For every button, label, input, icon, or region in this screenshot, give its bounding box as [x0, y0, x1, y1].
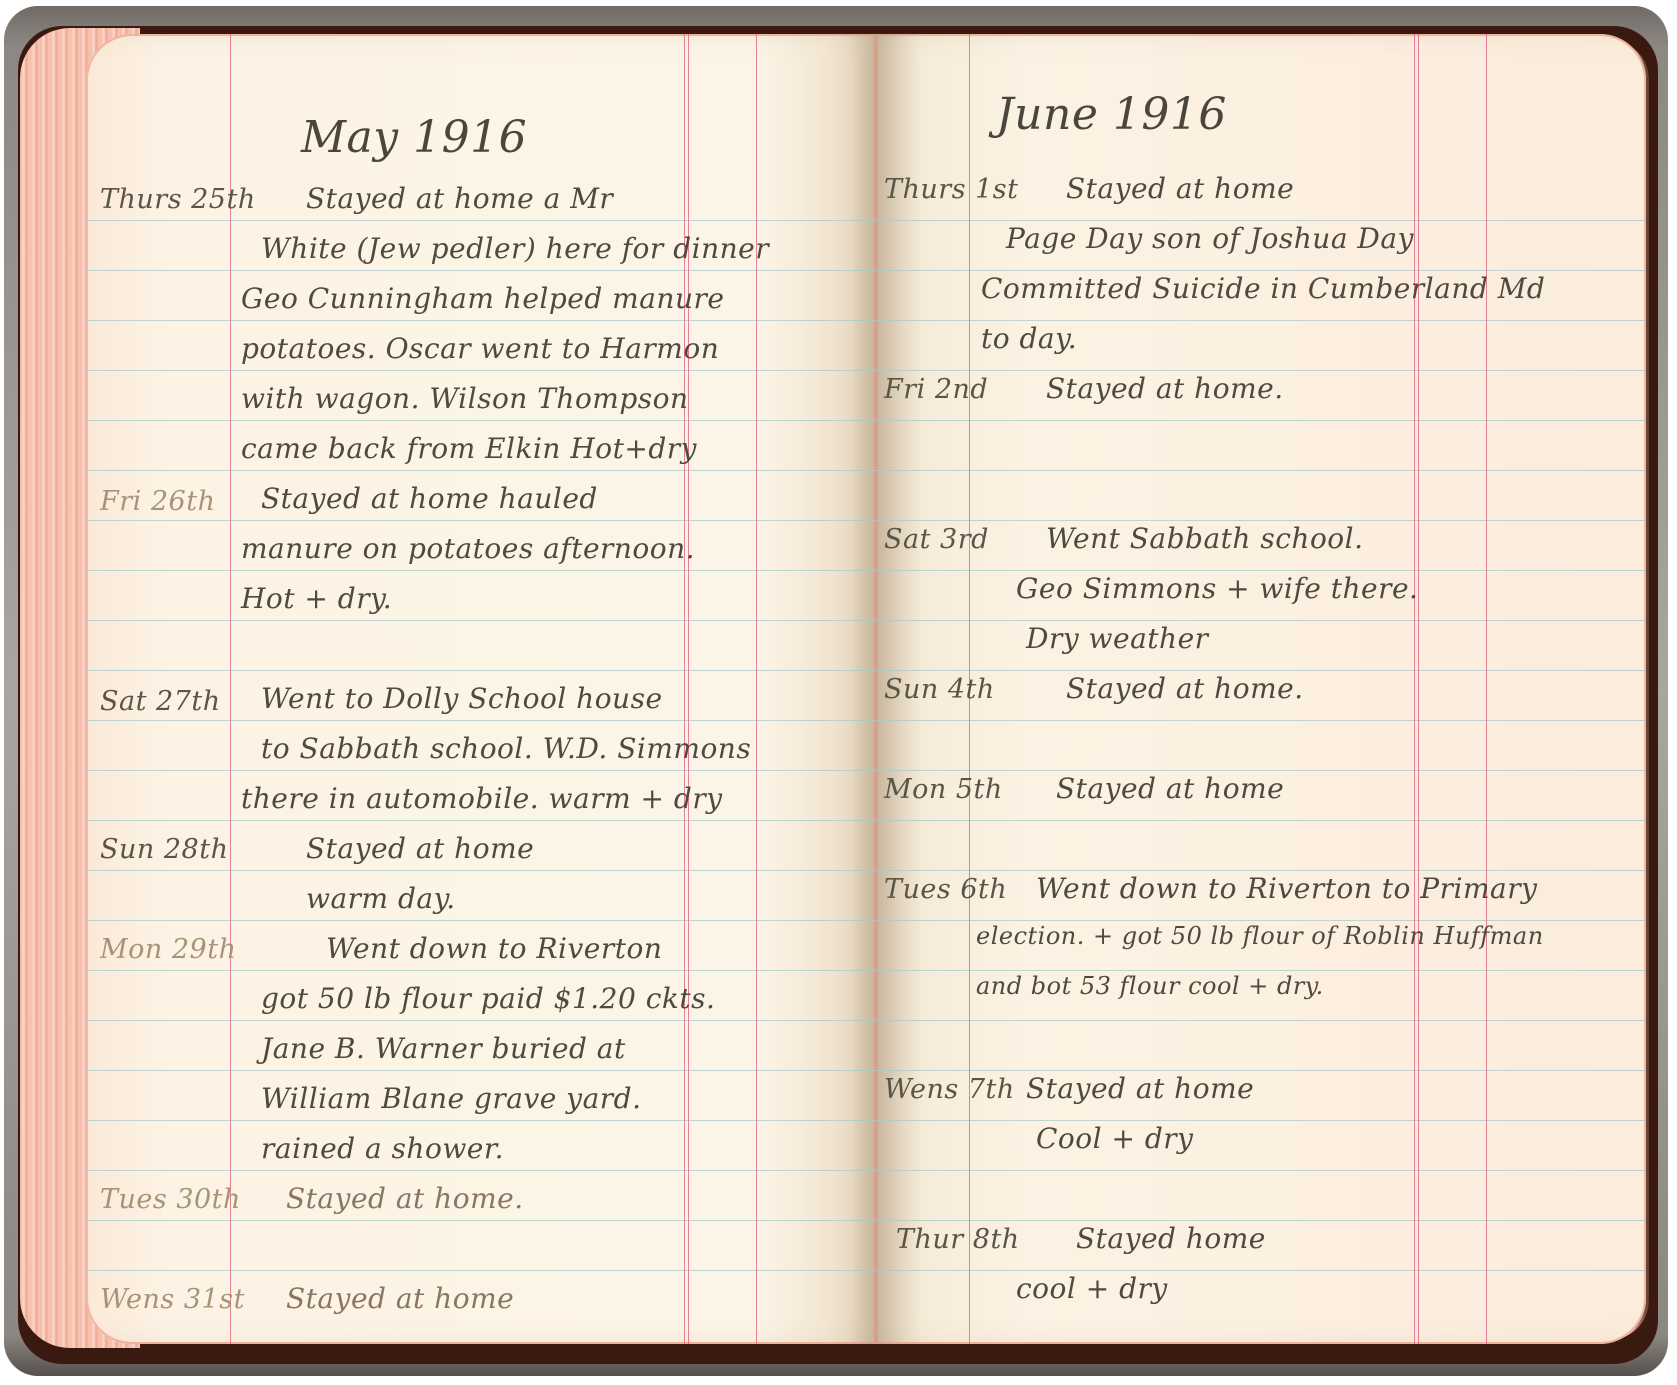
ruled-line [86, 570, 876, 571]
entry-line: came back from Elkin Hot+dry [241, 432, 697, 465]
entry-line: Stayed at home [306, 832, 534, 865]
entry-date: Sat 3rd [884, 524, 989, 555]
entry-line: Geo Cunningham helped manure [241, 282, 724, 315]
margin-rule [230, 34, 231, 1344]
left-page: May 1916 Thurs 25th Stayed at home a Mr … [86, 34, 876, 1344]
ruled-line [86, 670, 876, 671]
ruled-line [86, 1270, 876, 1271]
entry-line: Went down to Riverton [326, 932, 662, 965]
ruled-line [876, 870, 1646, 871]
ruled-line [876, 420, 1646, 421]
entry-date: Wens 7th [884, 1074, 1015, 1105]
entry-line: William Blane grave yard. [261, 1082, 642, 1115]
entry-line: Geo Simmons + wife there. [1016, 572, 1418, 605]
column-rule [1418, 34, 1419, 1344]
ruled-line [86, 920, 876, 921]
entry-line: rained a shower. [261, 1132, 504, 1165]
entry-line: Stayed at home [1066, 172, 1294, 205]
entry-line: to Sabbath school. W.D. Simmons [261, 732, 751, 765]
right-page: June 1916 Thurs 1st Stayed at home Page … [876, 34, 1646, 1344]
column-rule [756, 34, 757, 1344]
entry-line: Hot + dry. [241, 582, 392, 615]
entry-line: got 50 lb flour paid $1.20 ckts. [261, 982, 715, 1015]
ruled-line [876, 670, 1646, 671]
entry-line: Cool + dry [1036, 1122, 1193, 1155]
entry-line: there in automobile. warm + dry [241, 782, 723, 815]
ruled-line [86, 970, 876, 971]
entry-line: Went to Dolly School house [261, 682, 663, 715]
entry-date: Fri 26th [100, 486, 215, 517]
ruled-line [876, 470, 1646, 471]
page-heading-june: June 1916 [996, 89, 1227, 140]
entry-line: potatoes. Oscar went to Harmon [241, 332, 719, 365]
column-rule [688, 34, 689, 1344]
ruled-line [876, 1170, 1646, 1171]
ruled-line [876, 520, 1646, 521]
ruled-line [86, 420, 876, 421]
ruled-line [86, 320, 876, 321]
entry-line: Page Day son of Joshua Day [1006, 222, 1414, 255]
ruled-line [876, 220, 1646, 221]
ruled-line [876, 1220, 1646, 1221]
page-heading-may: May 1916 [301, 112, 527, 163]
entry-line: and bot 53 flour cool + dry. [976, 972, 1324, 1000]
entry-line: Stayed at home [1056, 772, 1284, 805]
ruled-line [86, 220, 876, 221]
entry-line: to day. [981, 322, 1077, 355]
entry-line: election. + got 50 lb flour of Roblin Hu… [976, 922, 1544, 950]
ruled-line [876, 620, 1646, 621]
entry-line: Jane B. Warner buried at [261, 1032, 626, 1065]
entry-date: Thur 8th [896, 1224, 1020, 1255]
column-rule [1486, 34, 1487, 1344]
entry-date: Wens 31st [100, 1284, 245, 1315]
entry-line: Stayed at home [1026, 1072, 1254, 1105]
entry-date: Mon 5th [884, 774, 1003, 805]
ruled-line [876, 270, 1646, 271]
ruled-line [86, 270, 876, 271]
entry-date: Sun 28th [100, 834, 228, 865]
ruled-line [86, 470, 876, 471]
ruled-line [86, 1070, 876, 1071]
entry-line: Stayed home [1076, 1222, 1266, 1255]
ruled-line [86, 370, 876, 371]
entry-date: Sun 4th [884, 674, 995, 705]
ruled-line [86, 1170, 876, 1171]
entry-date: Thurs 25th [100, 184, 256, 215]
entry-line: White (Jew pedler) here for dinner [261, 232, 769, 265]
entry-date: Thurs 1st [884, 174, 1019, 205]
ruled-line [876, 570, 1646, 571]
entry-line: cool + dry [1016, 1272, 1168, 1305]
column-rule [1414, 34, 1415, 1344]
column-rule [684, 34, 685, 1344]
entry-line: Stayed at home. [286, 1182, 524, 1215]
entry-line: Stayed at home [286, 1282, 514, 1315]
ruled-line [876, 820, 1646, 821]
entry-line: Stayed at home. [1066, 672, 1304, 705]
ruled-line [86, 520, 876, 521]
entry-line: warm day. [306, 882, 456, 915]
entry-date: Sat 27th [100, 686, 221, 717]
entry-line: Went Sabbath school. [1046, 522, 1364, 555]
ruled-line [876, 1020, 1646, 1021]
ruled-line [86, 1220, 876, 1221]
ruled-line [86, 620, 876, 621]
ruled-line [876, 1120, 1646, 1121]
ruled-line [86, 1020, 876, 1021]
entry-line: manure on potatoes afternoon. [241, 532, 695, 565]
entry-line: Stayed at home a Mr [306, 182, 613, 215]
ruled-line [876, 1070, 1646, 1071]
entry-line: Dry weather [1026, 622, 1209, 655]
ruled-line [876, 770, 1646, 771]
entry-date: Tues 6th [884, 874, 1007, 905]
ruled-line [876, 1270, 1646, 1271]
entry-date: Mon 29th [100, 934, 236, 965]
entry-date: Fri 2nd [884, 374, 988, 405]
ruled-line [86, 720, 876, 721]
entry-line: Stayed at home hauled [261, 482, 598, 515]
ruled-line [86, 870, 876, 871]
ruled-line [86, 820, 876, 821]
entry-line: with wagon. Wilson Thompson [241, 382, 689, 415]
entry-line: Went down to Riverton to Primary [1036, 872, 1537, 905]
ruled-line [86, 1120, 876, 1121]
diary-photo: May 1916 Thurs 25th Stayed at home a Mr … [0, 0, 1677, 1385]
ruled-line [86, 770, 876, 771]
ruled-line [876, 370, 1646, 371]
entry-line: Committed Suicide in Cumberland Md [981, 272, 1545, 305]
ruled-line [876, 320, 1646, 321]
ruled-line [876, 720, 1646, 721]
entry-date: Tues 30th [100, 1184, 241, 1215]
ruled-line [876, 970, 1646, 971]
entry-line: Stayed at home. [1046, 372, 1284, 405]
ruled-line [876, 920, 1646, 921]
